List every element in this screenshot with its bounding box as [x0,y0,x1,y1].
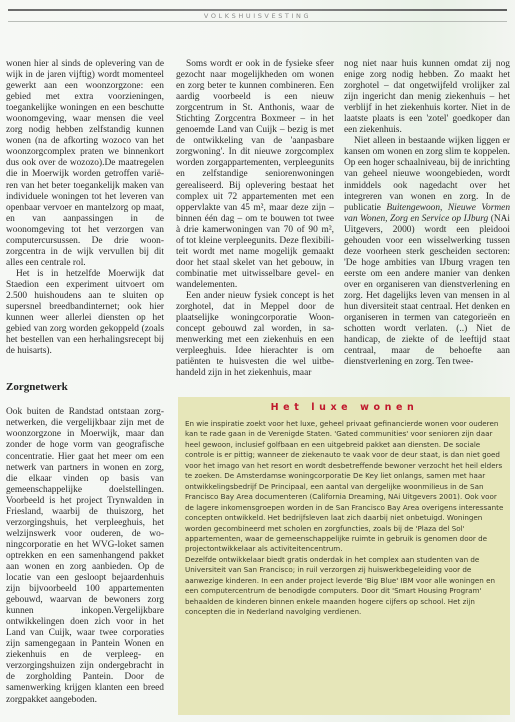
article-column-3: nog niet naar huis kunnen omdat zij nog … [344,59,510,368]
column3-paragraph-2-continued: (NAi Uitgevers, 2000) wordt een pleidooi… [344,214,510,368]
section-title: VOLKSHUISVESTING [0,12,515,20]
article-column-2: Soms wordt er ook in de fysieke sfeer ge… [176,59,334,379]
sidebar-box-het-luxe-wonen: Het luxe wonen En wie inspiratie zoekt v… [178,397,510,715]
column2-paragraph-1: Soms wordt er ook in de fysieke sfeer ge… [176,59,334,291]
column1-paragraph-2: Het is in hetzelfde Moerwijk dat Staedio… [6,269,164,357]
header-rule-top [8,9,507,11]
column1-paragraph-1: wonen hier al sinds de oplevering van de… [6,59,164,269]
column3-paragraph-2: Niet alleen in bestaande wijken lig­gen … [344,136,510,368]
column3-paragraph-1: nog niet naar huis kunnen omdat zij nog … [344,59,510,136]
article-column-1: wonen hier al sinds de oplevering van de… [6,59,164,706]
header-rule-bottom [8,21,507,22]
column1-paragraph-3: Ook buiten de Randstad ontstaan zorg­net… [6,407,164,705]
column3-paragraph-2-text: Niet alleen in bestaande wijken lig­gen … [344,136,510,212]
subheading-zorgnetwerk: Zorgnetwerk [6,382,164,393]
column2-paragraph-2: Een ander nieuw fysiek concept is het zo… [176,291,334,379]
sidebar-box-paragraph-1: En wie inspiratie zoekt voor het luxe, g… [185,419,504,555]
sidebar-box-title: Het luxe wonen [185,402,504,413]
sidebar-box-paragraph-2: Dezelfde ontwikkelaar biedt gratis onder… [185,555,504,618]
